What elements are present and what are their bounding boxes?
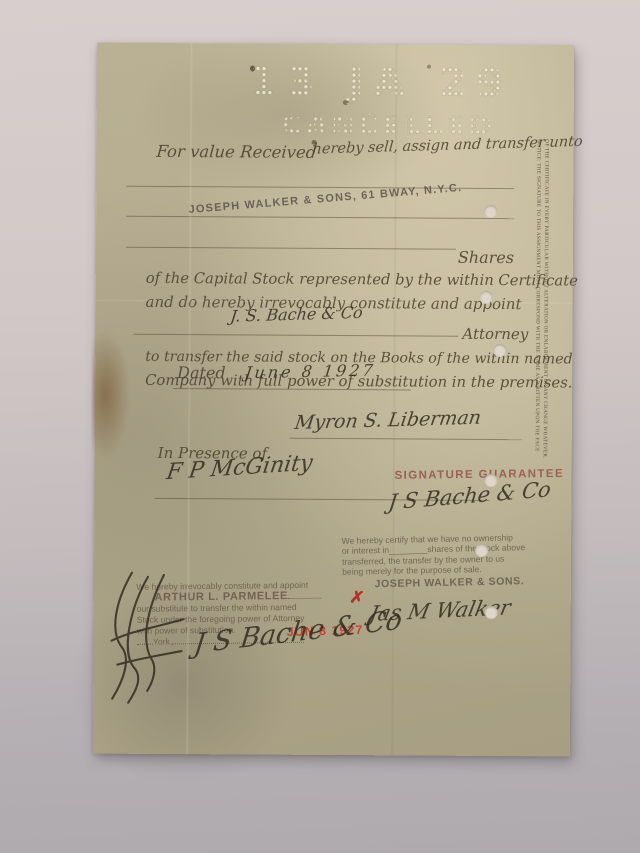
punch-hole <box>484 474 497 487</box>
edge-notice-text: OF THE CERTIFICATE IN EVERY PARTICULAR W… <box>526 139 550 473</box>
date-handwritten: June 8 1927 <box>244 361 377 383</box>
photo-background: 13 JA 29 CANCELLED For value Received he… <box>0 0 640 853</box>
shares-line <box>126 247 456 250</box>
broker-certification-stamp: We hereby certify that we have no owners… <box>341 532 556 590</box>
dotted-leader <box>288 591 322 599</box>
brown-stain <box>92 331 131 459</box>
for-value-received-text: For value Received <box>156 142 317 162</box>
punch-hole <box>484 205 497 218</box>
capital-stock-text: of the Capital Stock represented by the … <box>146 270 578 290</box>
attorney-line <box>133 334 458 337</box>
attorney-label: Attorney <box>462 325 528 343</box>
guarantor-signature: J S Bache & Co <box>387 477 552 515</box>
attorney-name-handwritten: J. S. Bache & Co <box>229 303 363 326</box>
owner-signature: Myron S. Liberman <box>293 407 482 434</box>
punch-hole <box>485 606 498 619</box>
punch-hole <box>493 344 506 357</box>
punch-hole <box>475 544 488 557</box>
certificate-back-paper: 13 JA 29 CANCELLED For value Received he… <box>93 43 574 757</box>
broker-firm-name: JOSEPH WALKER & SONS. <box>342 575 556 590</box>
blank-line <box>126 216 514 219</box>
vertical-scrawl-signature <box>103 569 192 710</box>
signature-underline <box>290 438 522 440</box>
shares-label: Shares <box>458 248 514 267</box>
punch-hole <box>480 291 493 304</box>
punch-hole-date: 13 JA 29 <box>249 59 514 107</box>
dated-label: Dated <box>177 363 226 382</box>
